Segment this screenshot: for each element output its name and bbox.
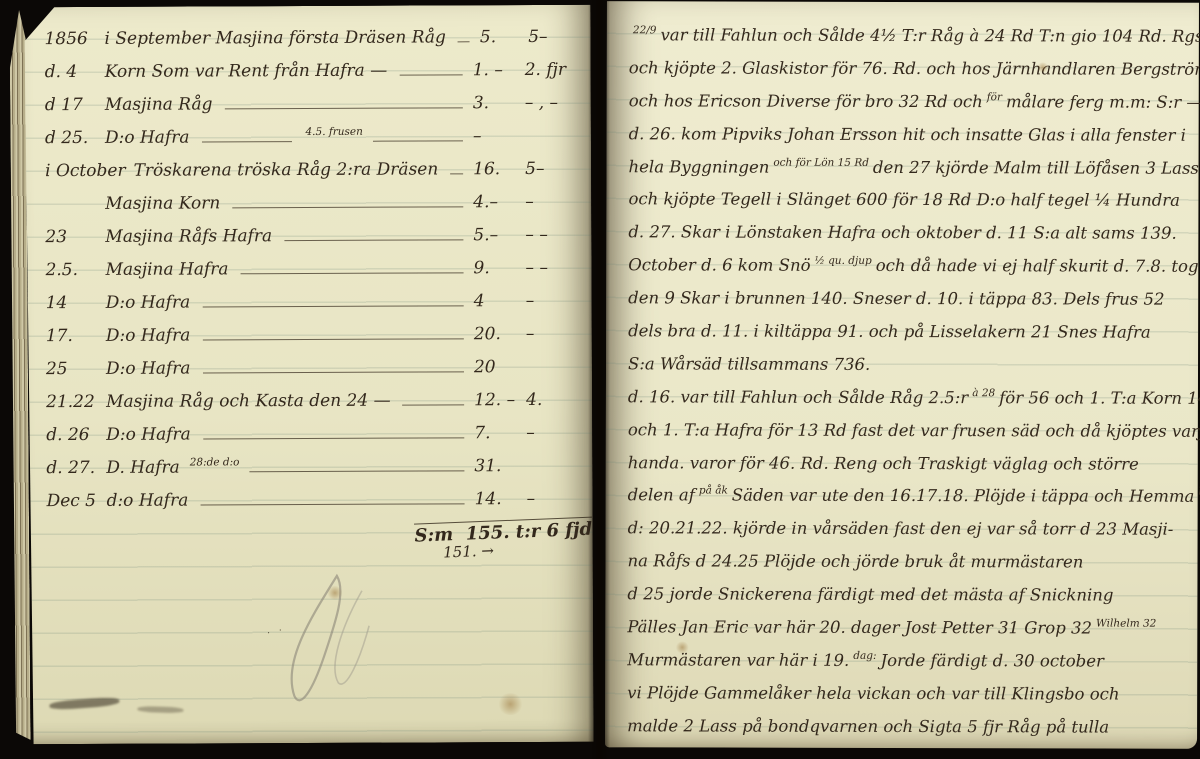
leader-line	[399, 74, 462, 75]
right-page: 22/9var till Fahlun och Sålde 4½ T:r Råg…	[605, 1, 1199, 749]
diary-photo: 1856i September Masjina första Dräsen Rå…	[0, 0, 1200, 759]
leader-line	[284, 239, 463, 241]
line-text: var till Fahlun och Sålde 4½ T:r Råg à 2…	[660, 25, 1200, 45]
row-date: 1856	[44, 29, 96, 49]
row-date: 17.	[46, 326, 98, 346]
row-amount: 4	[474, 291, 526, 311]
journal-line: d. 26. kom Pipviks Johan Ersson hit och …	[629, 124, 1191, 158]
row-amount: –	[473, 126, 525, 146]
journal-line: handa. varor för 46. Rd. Reng och Traski…	[628, 453, 1190, 487]
row-date: d 25.	[45, 128, 97, 148]
journal-line: October d. 6 kom Snö½ qu. djupoch då had…	[628, 256, 1190, 290]
row-amount: 20.	[474, 324, 526, 344]
ledger-row: Dec 5d:o Hafra14.–	[47, 489, 579, 524]
row-text: Korn Som var Rent från Hafra —	[105, 61, 388, 82]
row-amount2: 2. fjr	[525, 60, 577, 80]
ledger-row: d. 4Korn Som var Rent från Hafra —1. –2.…	[45, 60, 577, 95]
row-text: D:o Hafra	[106, 326, 191, 346]
line-text: October d. 6 kom Snö	[628, 256, 810, 275]
line-text: malde 2 Lass på bondqvarnen och Sigta 5 …	[627, 716, 1109, 736]
line-text: och hos Ericson Diverse för bro 32 Rd oc…	[629, 91, 983, 111]
row-amount2: 5–	[528, 27, 576, 47]
line-text: för 56 och 1. T:a Korn 14	[999, 388, 1200, 408]
interline-note: på åk	[699, 485, 728, 497]
row-text: D:o Hafra	[105, 128, 190, 148]
line-text: Pälles Jan Eric var här 20. dager Jost P…	[627, 617, 1092, 637]
row-text: Masjina Hafra	[105, 259, 228, 280]
leader-line	[458, 41, 470, 42]
leader-line	[202, 305, 463, 307]
left-page: 1856i September Masjina första Dräsen Rå…	[24, 5, 593, 744]
date-fraction: 22/9	[633, 24, 657, 36]
row-date: Dec 5	[47, 491, 99, 511]
row-amount: 9.	[473, 258, 525, 278]
row-amount: 20	[474, 357, 526, 377]
interline-note: à 28	[972, 387, 995, 399]
line-text: d 25 jorde Snickerena färdigt med det mä…	[627, 584, 1113, 604]
row-note: 28:de d:o	[190, 456, 240, 468]
ledger-row: 2.5.Masjina Hafra9.– –	[45, 258, 577, 293]
journal-line: na Råfs d 24.25 Plöjde och jörde bruk åt…	[627, 552, 1189, 586]
pencil-doodle	[242, 571, 393, 722]
ledger-row: 23Masjina Råfs Hafra5.–– –	[45, 225, 577, 260]
row-date: 14	[46, 293, 98, 313]
ledger-row: d 25.D:o Hafra4.5. frusen–	[45, 126, 577, 161]
row-amount: 5.	[480, 27, 528, 47]
row-amount: 14.	[475, 489, 527, 509]
row-amount2: – –	[525, 225, 577, 245]
row-date: d. 4	[45, 62, 97, 82]
interline-note: Wilhelm 32	[1096, 618, 1156, 630]
row-text: D:o Hafra	[106, 425, 191, 445]
line-text: Säden var ute den 16.17.18. Plöjde i täp…	[732, 486, 1195, 506]
row-date: d 17	[45, 95, 97, 115]
ledger-row: 25D:o Hafra20	[46, 357, 578, 392]
foxing-spot	[497, 693, 523, 715]
line-text: och 1. T:a Hafra för 13 Rd fast det var …	[628, 420, 1200, 441]
row-amount2: –	[527, 489, 579, 509]
interline-note: ½ qu. djup	[815, 255, 872, 267]
row-date: 25	[46, 359, 98, 379]
ledger-row: Masjina Korn4.––	[45, 192, 577, 227]
ledger-sum: S:m 155. t:r 6 fjd 151. →	[414, 517, 593, 563]
journal-line: 22/9var till Fahlun och Sålde 4½ T:r Råg…	[629, 25, 1191, 59]
journal-line: och 1. T:a Hafra för 13 Rd fast det var …	[628, 420, 1190, 454]
row-text: D. Hafra	[106, 458, 179, 478]
line-text: na Råfs d 24.25 Plöjde och jörde bruk åt…	[627, 552, 1083, 572]
line-text: hela Byggningen	[629, 157, 770, 176]
line-text: och kjöpte 2. Glaskistor för 76. Rd. och…	[629, 58, 1200, 79]
ledger-row: 1856i September Masjina första Dräsen Rå…	[44, 27, 576, 62]
row-date: d. 26	[46, 425, 98, 445]
ledger-row: 17.D:o Hafra20.–	[46, 324, 578, 359]
journal-line: d 25 jorde Snickerena färdigt med det mä…	[627, 584, 1189, 618]
leader-line	[202, 338, 463, 340]
journal-line: och hos Ericson Diverse för bro 32 Rd oc…	[629, 91, 1191, 125]
leader-line	[200, 503, 464, 505]
foxing-spot	[327, 586, 343, 600]
leader-line	[201, 141, 291, 142]
foxing-spot	[675, 641, 689, 653]
row-amount: 3.	[473, 93, 525, 113]
line-text: den 27 kjörde Malm till Löfåsen 3 Lass f…	[873, 157, 1200, 177]
ledger-row: d. 27.D. Hafra28:de d:o31.	[46, 456, 578, 491]
leader-line	[203, 437, 464, 439]
journal-line: och kjöpte Tegell i Slänget 600 för 18 R…	[628, 190, 1190, 224]
row-date: 2.5.	[45, 260, 97, 280]
row-date: 21.22	[46, 392, 98, 412]
line-text: S:a Wårsäd tillsammans 736.	[628, 354, 870, 374]
line-text: d: 20.21.22. kjörde in vårsäden fast den…	[628, 519, 1174, 539]
row-text: Masjina Korn	[105, 193, 220, 214]
ink-smudge	[137, 706, 183, 713]
line-text: Jorde färdigt d. 30 october	[880, 651, 1103, 671]
line-text: och kjöpte Tegell i Slänget 600 för 18 R…	[628, 190, 1180, 210]
ledger-row: i OctoberTröskarena tröska Råg 2:ra Dräs…	[45, 159, 577, 194]
ledger-row: d. 26D:o Hafra7.–	[46, 423, 578, 458]
journal-line: d. 27. Skar i Lönstaken Hafra och oktobe…	[628, 223, 1190, 257]
ledger: 1856i September Masjina första Dräsen Rå…	[44, 27, 578, 524]
book-gutter-shadow	[588, 0, 610, 759]
line-text: d. 16. var till Fahlun och Sålde Råg 2.5…	[628, 387, 968, 407]
ink-smudge	[49, 696, 119, 710]
row-amount2: –	[525, 192, 577, 212]
row-text: Masjina Råfs Hafra	[105, 226, 272, 247]
row-amount2: 5–	[525, 159, 577, 179]
row-date: d. 27.	[46, 458, 98, 478]
journal-line: d. 16. var till Fahlun och Sålde Råg 2.5…	[628, 387, 1190, 421]
row-text: Masjina Råg och Kasta den 24 —	[106, 391, 391, 412]
row-note: 4.5. frusen	[305, 126, 362, 138]
journal-line: vi Plöjde Gammelåker hela vickan och var…	[627, 683, 1189, 717]
row-text: Tröskarena tröska Råg 2:ra Dräsen	[134, 159, 439, 180]
leader-line	[450, 173, 463, 174]
row-amount2: – , –	[525, 93, 577, 113]
ledger-row: d 17Masjina Råg3.– , –	[45, 93, 577, 128]
journal-line: den 9 Skar i brunnen 140. Sneser d. 10. …	[628, 288, 1190, 322]
row-date: 23	[45, 227, 97, 247]
row-text: D:o Hafra	[106, 359, 191, 379]
journal-line: dels bra d. 11. i kiltäppa 91. och på Li…	[628, 321, 1190, 355]
line-text: dels bra d. 11. i kiltäppa 91. och på Li…	[628, 321, 1151, 341]
row-amount2: 4.	[526, 390, 578, 410]
ledger-row: 14D:o Hafra4–	[46, 291, 578, 326]
ledger-row: 21.22Masjina Råg och Kasta den 24 —12. –…	[46, 390, 578, 425]
row-amount: 1. –	[473, 60, 525, 80]
row-amount: 4.–	[473, 192, 525, 212]
leader-line	[232, 206, 463, 208]
line-text: den 9 Skar i brunnen 140. Sneser d. 10. …	[628, 288, 1164, 308]
journal: 22/9var till Fahlun och Sålde 4½ T:r Råg…	[627, 25, 1191, 750]
leader-line	[373, 140, 463, 141]
row-text: i September Masjina första Dräsen Råg	[104, 27, 445, 48]
row-text: d:o Hafra	[107, 491, 189, 511]
sum-arrow: →	[481, 542, 494, 560]
journal-line: delen afpå åkSäden var ute den 16.17.18.…	[628, 486, 1190, 520]
row-amount2: –	[526, 291, 578, 311]
foxing-spot	[1037, 62, 1049, 72]
line-text: d. 27. Skar i Lönstaken Hafra och oktobe…	[628, 223, 1176, 243]
row-amount: 12. –	[474, 390, 526, 410]
line-text: vi Plöjde Gammelåker hela vickan och var…	[627, 683, 1119, 703]
sum-correction: 151.	[443, 542, 477, 561]
journal-line: Pälles Jan Eric var här 20. dager Jost P…	[627, 617, 1189, 651]
row-text: D:o Hafra	[106, 293, 191, 313]
row-amount: 5.–	[473, 225, 525, 245]
line-text: delen af	[628, 486, 695, 505]
row-text: Masjina Råg	[105, 94, 213, 114]
row-amount2: –	[526, 423, 578, 443]
line-text: handa. varor för 46. Rd. Reng och Traski…	[628, 453, 1139, 473]
line-text: d. 26. kom Pipviks Johan Ersson hit och …	[629, 124, 1186, 144]
row-amount2: – –	[525, 258, 577, 278]
line-text: Murmästaren var här i 19.	[627, 650, 849, 670]
journal-line: Murmästaren var här i 19.dag:Jorde färdi…	[627, 650, 1189, 684]
interline-note: dag:	[853, 650, 876, 662]
row-amount2: –	[526, 324, 578, 344]
row-amount: 7.	[474, 423, 526, 443]
line-text: och då hade vi ej half skurit d. 7.8. to…	[876, 256, 1200, 276]
leader-line	[203, 371, 464, 373]
line-text: målare ferg m.m: S:r — 47. Rd 24	[1006, 92, 1200, 112]
leader-line	[250, 470, 465, 472]
row-amount: 31.	[474, 456, 526, 476]
leader-line	[403, 404, 465, 405]
journal-line: hela Byggningenoch för Lön 15 Rdden 27 k…	[628, 157, 1190, 191]
journal-line: d: 20.21.22. kjörde in vårsäden fast den…	[628, 519, 1190, 553]
leader-line	[225, 107, 463, 109]
journal-line: S:a Wårsäd tillsammans 736.	[628, 354, 1190, 388]
journal-line: malde 2 Lass på bondqvarnen och Sigta 5 …	[627, 716, 1189, 750]
leader-line	[241, 272, 464, 274]
row-date: i October	[45, 161, 126, 181]
ink-specks: . ·	[267, 626, 285, 636]
interline-note: för	[987, 91, 1002, 103]
journal-line: och kjöpte 2. Glaskistor för 76. Rd. och…	[629, 58, 1191, 92]
interline-note: och för Lön 15 Rd	[773, 156, 869, 168]
row-amount: 16.	[473, 159, 525, 179]
